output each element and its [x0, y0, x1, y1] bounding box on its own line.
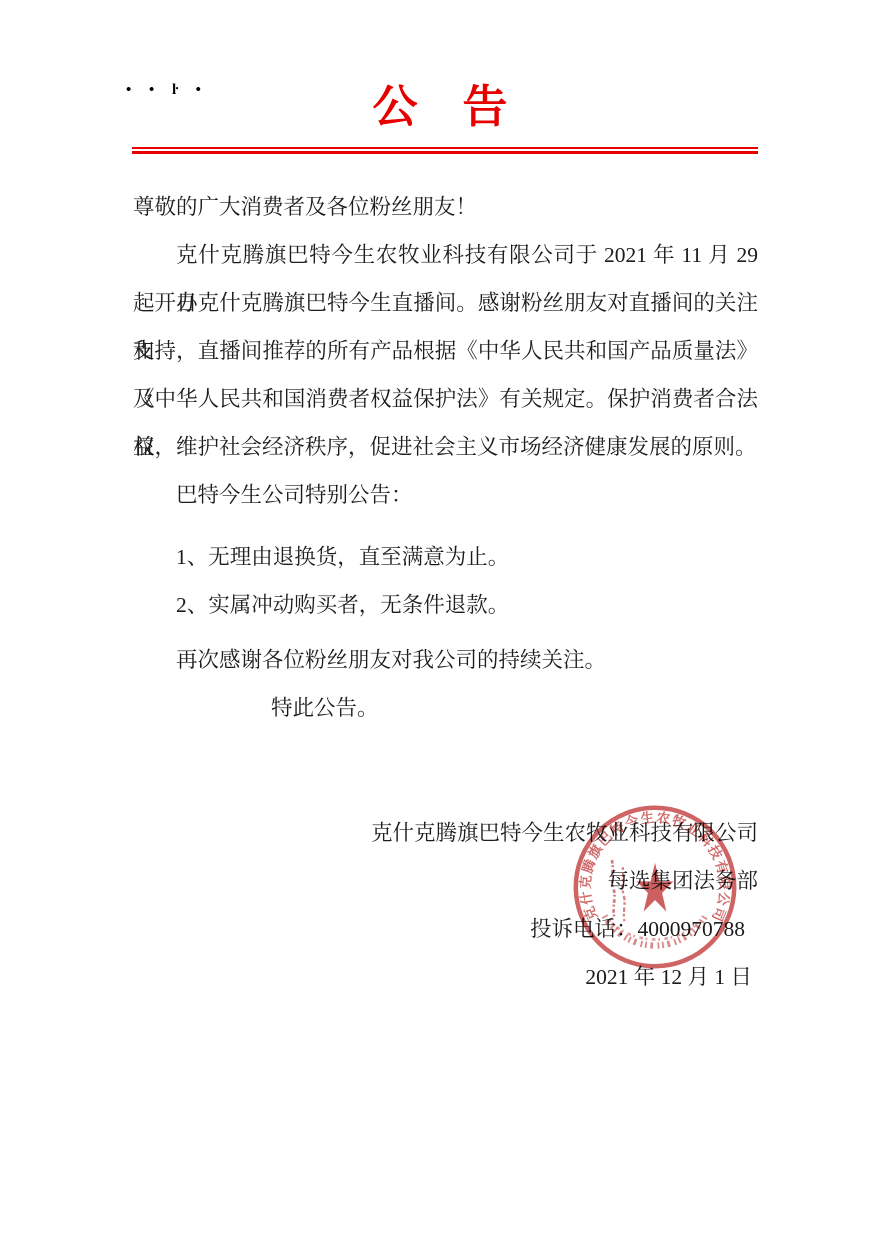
signature-department: 每选集团法务部 [133, 857, 758, 905]
signature-date: 2021 年 12 月 1 日 [133, 953, 758, 1001]
announcement-page: { "header": { "corner_marks": "• • ŀ •",… [0, 0, 880, 1244]
closing-line: 再次感谢各位粉丝朋友对我公司的持续关注。 [133, 636, 758, 684]
paragraph-line: 克什克腾旗巴特今生农牧业科技有限公司于 2021 年 11 月 29 日 [133, 231, 758, 279]
paragraph-line: 支持，直播间推荐的所有产品根据《中华人民共和国产品质量法》及 [133, 327, 758, 375]
announcement-body: 尊敬的广大消费者及各位粉丝朋友！ 克什克腾旗巴特今生农牧业科技有限公司于 202… [133, 183, 758, 732]
paragraph-line: 起开办克什克腾旗巴特今生直播间。感谢粉丝朋友对直播间的关注和 [133, 279, 758, 327]
paragraph-line: 《中华人民共和国消费者权益保护法》有关规定。保护消费者合法权 [133, 375, 758, 423]
signature-company: 克什克腾旗巴特今生农牧业科技有限公司 [133, 809, 758, 857]
phone-label: 投诉电话： [530, 917, 638, 941]
special-notice-lead: 巴特今生公司特别公告： [133, 471, 758, 519]
closing-line2: 特此公告。 [133, 684, 758, 732]
list-item: 1、无理由退换货，直至满意为止。 [133, 533, 758, 581]
title-divider [132, 147, 758, 154]
signature-block: 克什克腾旗巴特今生农牧业科技有限公司 每选集团法务部 投诉电话：40009707… [133, 809, 758, 1001]
signature-phone: 投诉电话：4000970788 [133, 905, 758, 953]
paragraph-line: 益，维护社会经济秩序，促进社会主义市场经济健康发展的原则。 [133, 423, 758, 471]
page-title: 公 告 [0, 70, 880, 135]
divider-thick-line [132, 151, 758, 154]
list-item: 2、实属冲动购买者，无条件退款。 [133, 581, 758, 629]
phone-number: 4000970788 [638, 917, 746, 941]
greeting-line: 尊敬的广大消费者及各位粉丝朋友！ [133, 183, 758, 231]
